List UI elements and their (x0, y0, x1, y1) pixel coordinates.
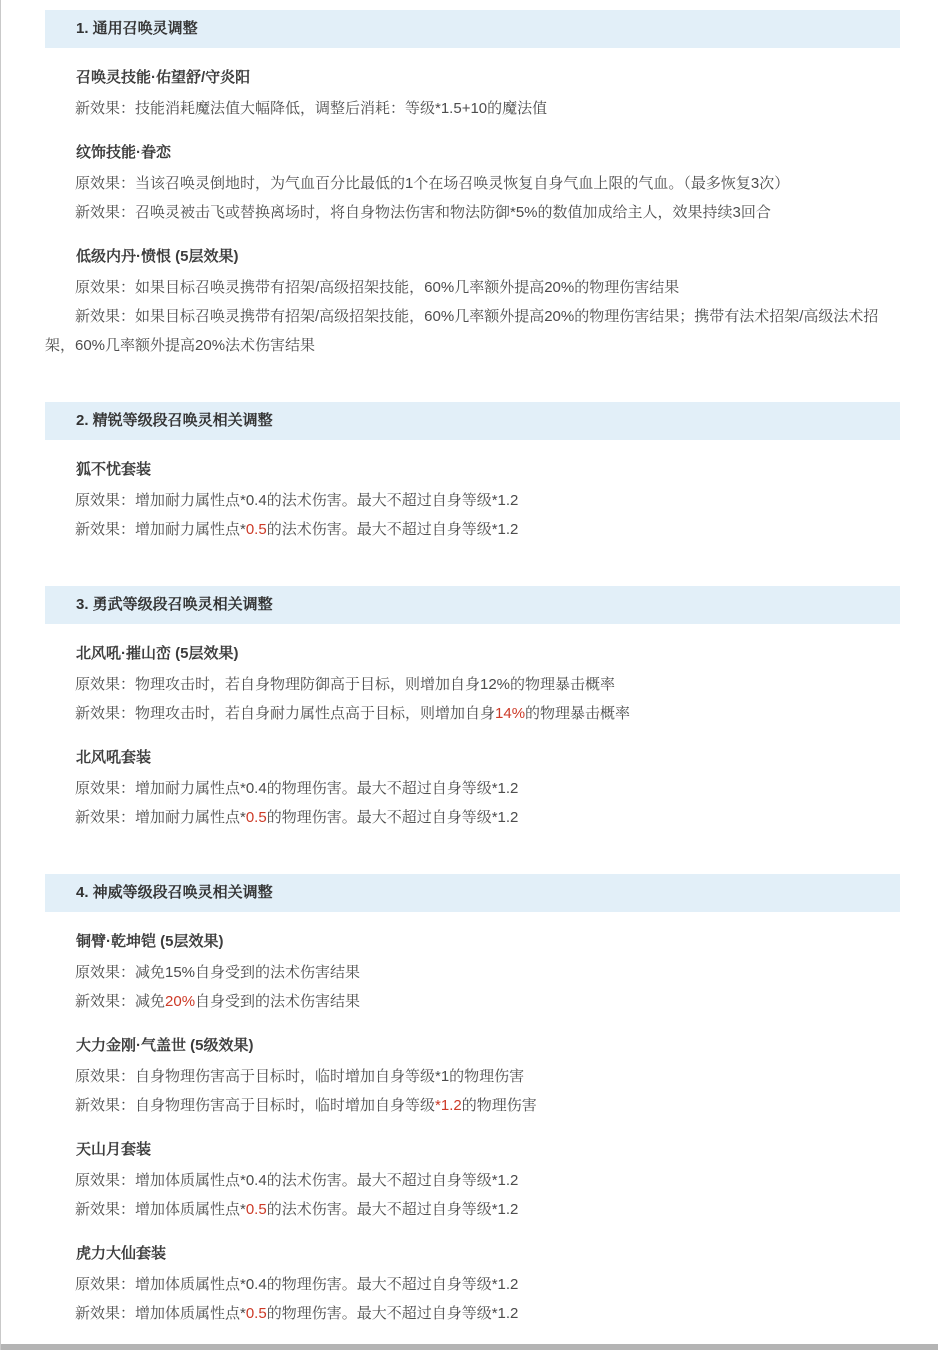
section-body: 铜臂·乾坤铠 (5层效果) 原效果：减免15%自身受到的法术伤害结果新效果：减免… (45, 932, 900, 1328)
section-body: 召唤灵技能·佑望舒/守炎阳 新效果：技能消耗魔法值大幅降低，调整后消耗：等级*1… (45, 68, 900, 360)
effect-text: 的物理伤害。最大不超过自身等级*1.2 (267, 809, 519, 826)
effect-text: 原效果：当该召唤灵倒地时，为气血百分比最低的1个在场召唤灵恢复自身气血上限的气血… (75, 175, 789, 192)
section-body: 狐不忧套装 原效果：增加耐力属性点*0.4的法术伤害。最大不超过自身等级*1.2… (45, 460, 900, 544)
effect-line: 原效果：当该召唤灵倒地时，为气血百分比最低的1个在场召唤灵恢复自身气血上限的气血… (45, 169, 900, 198)
effect-text: 新效果：减免 (75, 993, 165, 1010)
effect-line: 新效果：减免20%自身受到的法术伤害结果 (45, 987, 900, 1016)
effect-line: 新效果：自身物理伤害高于目标时，临时增加自身等级*1.2的物理伤害 (45, 1091, 900, 1120)
effect-text: 新效果：技能消耗魔法值大幅降低，调整后消耗：等级*1.5+10的魔法值 (75, 100, 547, 117)
skill-title: 铜臂·乾坤铠 (5层效果) (45, 932, 900, 952)
effect-highlight-text: *1.2 (435, 1097, 462, 1114)
effect-highlight-text: 20% (165, 993, 195, 1010)
skill-title: 天山月套装 (45, 1140, 900, 1160)
effect-text: 原效果：自身物理伤害高于目标时，临时增加自身等级*1的物理伤害 (75, 1068, 524, 1085)
effect-text: 原效果：如果目标召唤灵携带有招架/高级招架技能，60%几率额外提高20%的物理伤… (75, 279, 679, 296)
effect-line: 新效果：物理攻击时，若自身耐力属性点高于目标，则增加自身14%的物理暴击概率 (45, 699, 900, 728)
effect-text: 新效果：增加耐力属性点* (75, 809, 246, 826)
effect-text: 原效果：增加耐力属性点*0.4的法术伤害。最大不超过自身等级*1.2 (75, 492, 518, 509)
effect-text: 新效果：如果目标召唤灵携带有招架/高级招架技能，60%几率额外提高20%的物理伤… (45, 308, 878, 354)
skill-title: 大力金刚·气盖世 (5级效果) (45, 1036, 900, 1056)
effect-text: 新效果：增加体质属性点* (75, 1305, 246, 1322)
section-header: 1. 通用召唤灵调整 (45, 10, 900, 48)
skill-item: 低级内丹·愤恨 (5层效果) 原效果：如果目标召唤灵携带有招架/高级招架技能，6… (45, 247, 900, 360)
skill-title: 纹饰技能·眷恋 (45, 143, 900, 163)
skill-item: 北风吼套装 原效果：增加耐力属性点*0.4的物理伤害。最大不超过自身等级*1.2… (45, 748, 900, 832)
section: 1. 通用召唤灵调整 召唤灵技能·佑望舒/守炎阳 新效果：技能消耗魔法值大幅降低… (45, 10, 900, 360)
effect-text: 原效果：增加体质属性点*0.4的物理伤害。最大不超过自身等级*1.2 (75, 1276, 518, 1293)
section-body: 北风吼·摧山峦 (5层效果) 原效果：物理攻击时，若自身物理防御高于目标，则增加… (45, 644, 900, 832)
section-header: 2. 精锐等级段召唤灵相关调整 (45, 402, 900, 440)
effect-line: 原效果：增加耐力属性点*0.4的法术伤害。最大不超过自身等级*1.2 (45, 486, 900, 515)
effect-text: 新效果：增加体质属性点* (75, 1201, 246, 1218)
effect-line: 原效果：自身物理伤害高于目标时，临时增加自身等级*1的物理伤害 (45, 1062, 900, 1091)
effect-line: 原效果：物理攻击时，若自身物理防御高于目标，则增加自身12%的物理暴击概率 (45, 670, 900, 699)
section-header: 3. 勇武等级段召唤灵相关调整 (45, 586, 900, 624)
effect-line: 原效果：减免15%自身受到的法术伤害结果 (45, 958, 900, 987)
section: 4. 神威等级段召唤灵相关调整 铜臂·乾坤铠 (5层效果) 原效果：减免15%自… (45, 874, 900, 1328)
skill-item: 召唤灵技能·佑望舒/守炎阳 新效果：技能消耗魔法值大幅降低，调整后消耗：等级*1… (45, 68, 900, 123)
effect-line: 原效果：增加体质属性点*0.4的物理伤害。最大不超过自身等级*1.2 (45, 1270, 900, 1299)
effect-line: 原效果：增加耐力属性点*0.4的物理伤害。最大不超过自身等级*1.2 (45, 774, 900, 803)
effect-line: 新效果：增加耐力属性点*0.5的法术伤害。最大不超过自身等级*1.2 (45, 515, 900, 544)
effect-line: 新效果：增加耐力属性点*0.5的物理伤害。最大不超过自身等级*1.2 (45, 803, 900, 832)
effect-text: 新效果：物理攻击时，若自身耐力属性点高于目标，则增加自身 (75, 705, 495, 722)
effect-line: 原效果：如果目标召唤灵携带有招架/高级招架技能，60%几率额外提高20%的物理伤… (45, 273, 900, 302)
effect-line: 新效果：如果目标召唤灵携带有招架/高级招架技能，60%几率额外提高20%的物理伤… (45, 302, 900, 360)
effect-line: 新效果：召唤灵被击飞或替换离场时，将自身物法伤害和物法防御*5%的数值加成给主人… (45, 198, 900, 227)
skill-title: 虎力大仙套装 (45, 1244, 900, 1264)
effect-text: 的物理伤害 (462, 1097, 537, 1114)
skill-item: 虎力大仙套装 原效果：增加体质属性点*0.4的物理伤害。最大不超过自身等级*1.… (45, 1244, 900, 1328)
skill-title: 低级内丹·愤恨 (5层效果) (45, 247, 900, 267)
skill-title: 召唤灵技能·佑望舒/守炎阳 (45, 68, 900, 88)
horizontal-scrollbar[interactable] (1, 1344, 938, 1350)
skill-item: 天山月套装 原效果：增加体质属性点*0.4的法术伤害。最大不超过自身等级*1.2… (45, 1140, 900, 1224)
patch-notes-document: 1. 通用召唤灵调整 召唤灵技能·佑望舒/守炎阳 新效果：技能消耗魔法值大幅降低… (1, 0, 938, 1328)
effect-highlight-text: 14% (495, 705, 525, 722)
effect-highlight-text: 0.5 (246, 809, 267, 826)
effect-text: 新效果：召唤灵被击飞或替换离场时，将自身物法伤害和物法防御*5%的数值加成给主人… (75, 204, 771, 221)
effect-text: 的物理伤害。最大不超过自身等级*1.2 (267, 1305, 519, 1322)
skill-item: 狐不忧套装 原效果：增加耐力属性点*0.4的法术伤害。最大不超过自身等级*1.2… (45, 460, 900, 544)
effect-highlight-text: 0.5 (246, 521, 267, 538)
effect-highlight-text: 0.5 (246, 1305, 267, 1322)
skill-item: 大力金刚·气盖世 (5级效果) 原效果：自身物理伤害高于目标时，临时增加自身等级… (45, 1036, 900, 1120)
effect-text: 的物理暴击概率 (525, 705, 630, 722)
effect-text: 自身受到的法术伤害结果 (195, 993, 360, 1010)
skill-title: 狐不忧套装 (45, 460, 900, 480)
section: 3. 勇武等级段召唤灵相关调整 北风吼·摧山峦 (5层效果) 原效果：物理攻击时… (45, 586, 900, 832)
effect-text: 的法术伤害。最大不超过自身等级*1.2 (267, 1201, 519, 1218)
effect-line: 新效果：技能消耗魔法值大幅降低，调整后消耗：等级*1.5+10的魔法值 (45, 94, 900, 123)
effect-highlight-text: 0.5 (246, 1201, 267, 1218)
effect-line: 原效果：增加体质属性点*0.4的法术伤害。最大不超过自身等级*1.2 (45, 1166, 900, 1195)
skill-item: 纹饰技能·眷恋 原效果：当该召唤灵倒地时，为气血百分比最低的1个在场召唤灵恢复自… (45, 143, 900, 227)
section: 2. 精锐等级段召唤灵相关调整 狐不忧套装 原效果：增加耐力属性点*0.4的法术… (45, 402, 900, 544)
skill-title: 北风吼·摧山峦 (5层效果) (45, 644, 900, 664)
skill-title: 北风吼套装 (45, 748, 900, 768)
effect-text: 的法术伤害。最大不超过自身等级*1.2 (267, 521, 519, 538)
effect-text: 原效果：减免15%自身受到的法术伤害结果 (75, 964, 360, 981)
skill-item: 铜臂·乾坤铠 (5层效果) 原效果：减免15%自身受到的法术伤害结果新效果：减免… (45, 932, 900, 1016)
effect-text: 原效果：增加耐力属性点*0.4的物理伤害。最大不超过自身等级*1.2 (75, 780, 518, 797)
skill-item: 北风吼·摧山峦 (5层效果) 原效果：物理攻击时，若自身物理防御高于目标，则增加… (45, 644, 900, 728)
effect-text: 新效果：自身物理伤害高于目标时，临时增加自身等级 (75, 1097, 435, 1114)
effect-text: 原效果：物理攻击时，若自身物理防御高于目标，则增加自身12%的物理暴击概率 (75, 676, 615, 693)
effect-text: 原效果：增加体质属性点*0.4的法术伤害。最大不超过自身等级*1.2 (75, 1172, 518, 1189)
effect-text: 新效果：增加耐力属性点* (75, 521, 246, 538)
section-header: 4. 神威等级段召唤灵相关调整 (45, 874, 900, 912)
effect-line: 新效果：增加体质属性点*0.5的物理伤害。最大不超过自身等级*1.2 (45, 1299, 900, 1328)
effect-line: 新效果：增加体质属性点*0.5的法术伤害。最大不超过自身等级*1.2 (45, 1195, 900, 1224)
